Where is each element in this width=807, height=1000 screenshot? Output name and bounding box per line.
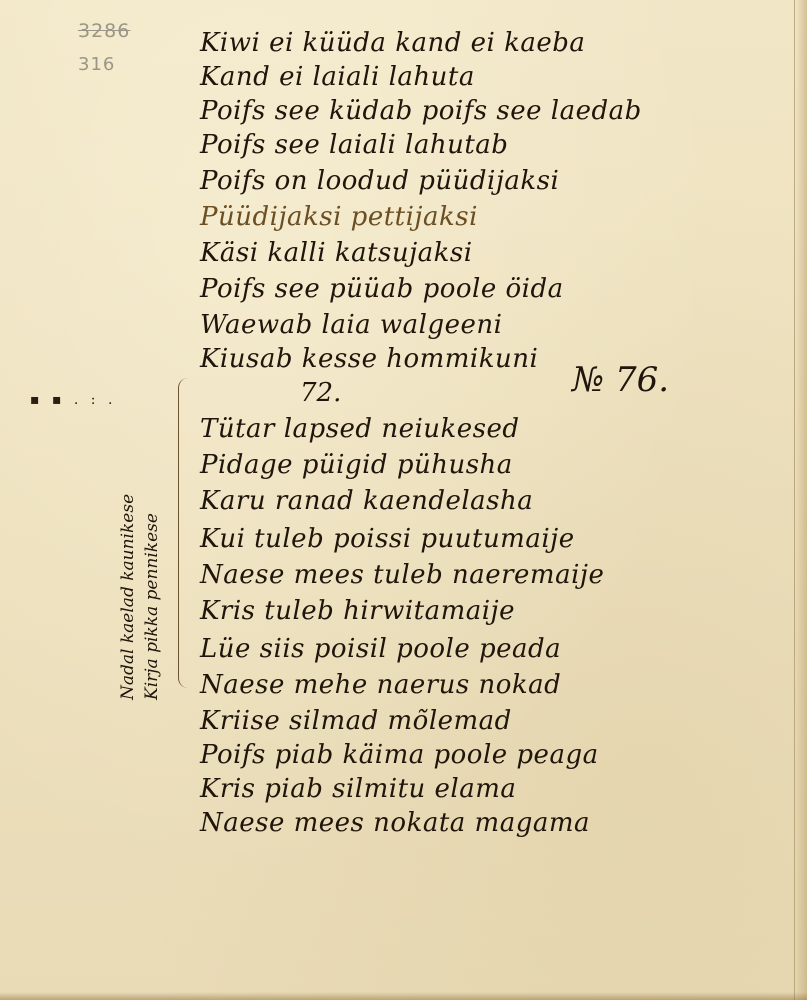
verse-line: Tütar lapsed neiukesed <box>200 414 520 444</box>
verse-line: Kand ei laiali lahuta <box>200 62 475 92</box>
verse-line: Naese mehe naerus nokad <box>200 670 561 700</box>
verse-line: Waewab laia walgeeni <box>200 310 502 340</box>
margin-note: Kirja pikka pennikese <box>142 513 162 700</box>
verse-line: Naese mees tuleb naeremaije <box>200 560 604 590</box>
ink-blots: ▪ ▪ . : . <box>30 392 116 408</box>
verse-line: Käsi kalli katsujaksi <box>200 238 473 268</box>
verse-line: Kiusab kesse hommikuni <box>200 344 538 374</box>
verse-line: Lüe siis poisil poole peada <box>200 634 561 664</box>
verse-line: Naese mees nokata magama <box>200 808 590 838</box>
verse-line: Püüdijaksi pettijaksi <box>200 202 478 232</box>
verse-line: Kiwi ei küüda kand ei kaeba <box>200 28 585 58</box>
archive-number-crossed-out: 3286 <box>78 20 130 42</box>
verse-line: Pidage püigid pühusha <box>200 450 513 480</box>
page-edge <box>794 0 807 1000</box>
verse-line: Kris tuleb hirwitamaije <box>200 596 515 626</box>
song-number: 72. <box>300 378 341 408</box>
verse-line: Poifs see püüab poole öida <box>200 274 564 304</box>
item-number: № 76. <box>572 360 669 400</box>
verse-line: Poifs on loodud püüdijaksi <box>200 166 559 196</box>
margin-bracket <box>178 378 193 688</box>
page-edge-bottom <box>0 992 807 1000</box>
verse-line: Karu ranad kaendelasha <box>200 486 533 516</box>
verse-line: Poifs see laiali lahutab <box>200 130 508 160</box>
verse-line: Kris piab silmitu elama <box>200 774 516 804</box>
verse-line: Kui tuleb poissi puutumaije <box>200 524 575 554</box>
manuscript-page: 3286 316 Kiwi ei küüda kand ei kaeba Kan… <box>0 0 807 1000</box>
verse-line: Kriise silmad mõlemad <box>200 706 512 736</box>
margin-note: Nadal kaelad kaunikese <box>118 494 138 700</box>
verse-line: Poifs piab käima poole peaga <box>200 740 599 770</box>
archive-number: 316 <box>78 54 115 75</box>
verse-line: Poifs see küdab poifs see laedab <box>200 96 642 126</box>
